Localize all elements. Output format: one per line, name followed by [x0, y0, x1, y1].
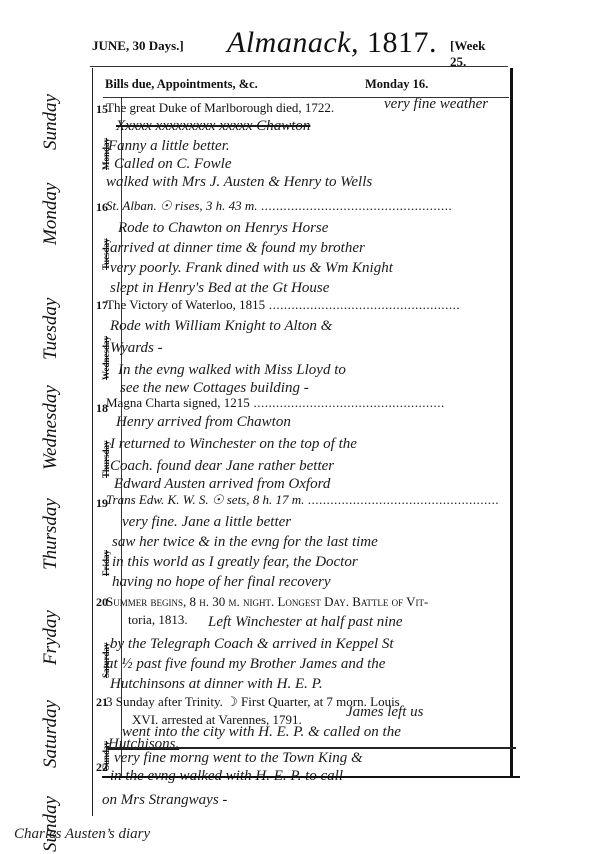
handwritten-line: Rode to Chawton on Henrys Horse [118, 220, 328, 237]
printed-weekday: Friday [101, 550, 111, 576]
outer-day-name: Saturday [40, 700, 62, 768]
printed-line: Summer begins, 8 h. 30 m. night. Longest… [106, 594, 428, 610]
handwritten-line: by the Telegraph Coach & arrived in Kepp… [110, 636, 394, 653]
handwritten-line: slept in Henry's Bed at the Gt House [110, 280, 329, 297]
header-rule [90, 66, 508, 67]
handwritten-line: very fine morng went to the Town King & [114, 750, 363, 767]
handwritten-line: Fanny a little better. [108, 138, 230, 155]
outer-day-name: Sunday [40, 94, 62, 150]
handwritten-line: very fine. Jane a little better [122, 514, 291, 531]
outer-day-name: Tuesday [40, 298, 62, 360]
outer-day-name: Fryday [40, 610, 62, 665]
handwritten-line: Hutchinsons at dinner with H. E. P. [110, 676, 323, 693]
handwritten-line: on Mrs Strangways - [102, 792, 227, 809]
outer-day-name: Monday [40, 183, 62, 245]
right-border [510, 68, 513, 776]
column-header: Bills due, Appointments, &c. Monday 16. [105, 77, 505, 92]
handwritten-line: arrived at dinner time & found my brothe… [110, 240, 365, 257]
handwritten-line: very fine weather [384, 96, 488, 113]
handwritten-line: walked with Mrs J. Austen & Henry to Wel… [106, 174, 372, 191]
handwritten-line: I returned to Winchester on the top of t… [110, 436, 357, 453]
printed-line: The great Duke of Marlborough died, 1722… [106, 100, 334, 116]
printed-line-continued: toria, 1813. [128, 612, 188, 628]
handwritten-line: Called on C. Fowle [114, 156, 232, 173]
handwritten-line: In the evng walked with Miss Lloyd to [118, 362, 346, 379]
date-number: 22 [96, 760, 108, 775]
handwritten-line: very poorly. Frank dined with us & Wm Kn… [110, 260, 393, 277]
month-label: JUNE, 30 Days.] [92, 38, 184, 54]
page-bottom-rule [102, 776, 520, 778]
printed-line: St. Alban. ☉ rises, 3 h. 43 m. [106, 198, 453, 214]
almanack-title: Almanack, 1817. [227, 26, 437, 60]
printed-line: The Victory of Waterloo, 1815 [106, 297, 460, 313]
figure-caption: Charles Austen’s diary [14, 826, 150, 843]
handwritten-line: Henry arrived from Chawton [116, 414, 291, 431]
handwritten-line: Coach. found dear Jane rather better [110, 458, 334, 475]
handwritten-line: Xxxxx xxxxxxxxx xxxxx Chawton [116, 118, 310, 135]
column-day: Monday 16. [365, 77, 428, 92]
outer-day-name: Wednesday [40, 385, 62, 470]
handwritten-line: in this world as I greatly fear, the Doc… [112, 554, 358, 571]
handwritten-line: at ½ past five found my Brother James an… [106, 656, 385, 673]
outer-day-name: Thursday [40, 498, 62, 570]
handwritten-line: saw her twice & in the evng for the last… [112, 534, 378, 551]
handwritten-line: Rode with William Knight to Alton & [110, 318, 332, 335]
printed-line: Magna Charta signed, 1215 [106, 395, 445, 411]
handwritten-line: Left Winchester at half past nine [208, 614, 403, 631]
outer-day-name: Sunday [40, 796, 62, 852]
handwritten-line: Wyards - [110, 340, 163, 357]
handwritten-line: Edward Austen arrived from Oxford [114, 476, 330, 493]
handwritten-line: having no hope of her final recovery [112, 574, 331, 591]
printed-line: Trans Edw. K. W. S. ☉ sets, 8 h. 17 m. [106, 492, 499, 508]
entry-rule [106, 747, 516, 749]
handwritten-line: James left us [346, 704, 423, 721]
